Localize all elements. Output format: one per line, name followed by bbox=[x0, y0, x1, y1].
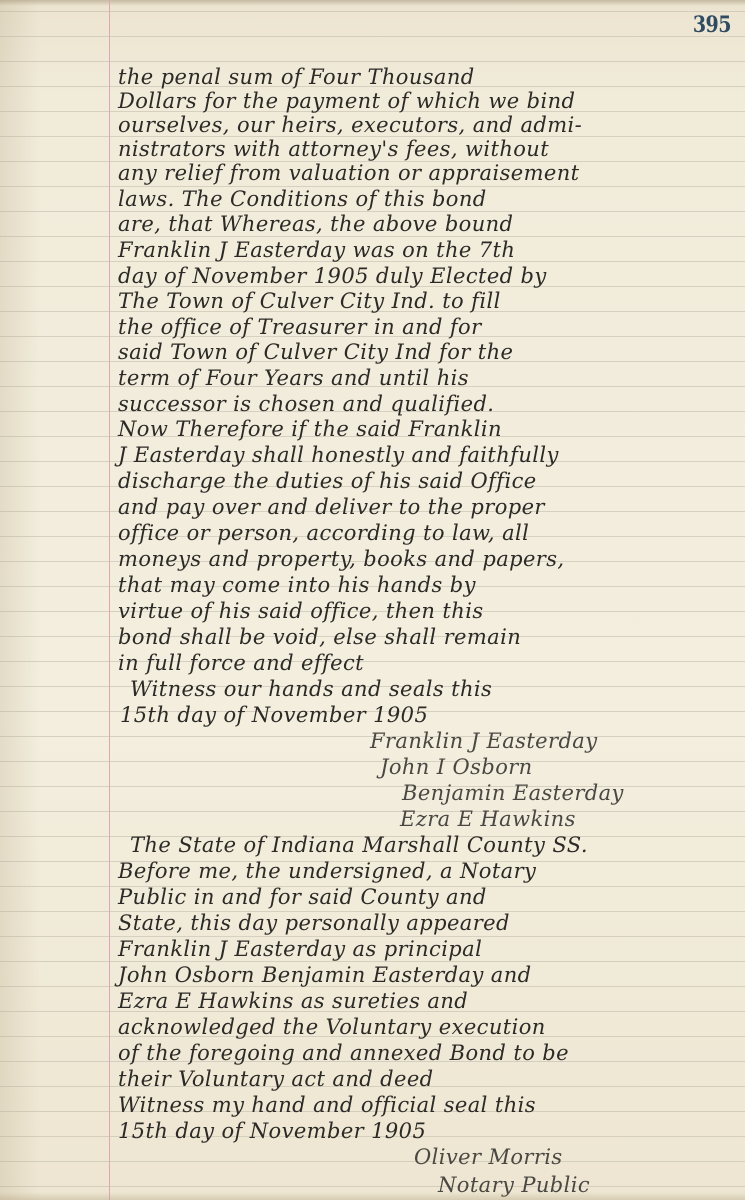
text-line: ourselves, our heirs, executors, and adm… bbox=[118, 112, 582, 138]
text-line: Witness my hand and official seal this bbox=[118, 1092, 536, 1118]
notary-signature: Oliver Morris bbox=[414, 1144, 563, 1170]
page-number: 395 bbox=[693, 12, 731, 38]
text-line: Franklin J Easterday was on the 7th bbox=[118, 237, 515, 263]
text-line: day of November 1905 duly Elected by bbox=[118, 263, 547, 289]
text-line: of the foregoing and annexed Bond to be bbox=[118, 1040, 569, 1066]
text-line: Witness our hands and seals this bbox=[130, 676, 492, 702]
signature-surety: John I Osborn bbox=[380, 754, 533, 780]
text-line: virtue of his said office, then this bbox=[118, 598, 484, 624]
text-line: Dollars for the payment of which we bind bbox=[118, 88, 575, 114]
text-line: Franklin J Easterday as principal bbox=[118, 936, 482, 962]
text-line: moneys and property, books and papers, bbox=[118, 546, 564, 572]
text-line: Now Therefore if the said Franklin bbox=[118, 416, 502, 442]
text-line: successor is chosen and qualified. bbox=[118, 391, 494, 417]
text-line: are, that Whereas, the above bound bbox=[118, 211, 513, 237]
signature-principal: Franklin J Easterday bbox=[370, 728, 597, 754]
text-line: in full force and effect bbox=[118, 650, 364, 676]
page-bottom-edge bbox=[0, 1192, 745, 1200]
ledger-page: 395 the penal sum of Four Thousand Dolla… bbox=[0, 0, 745, 1200]
text-line: 15th day of November 1905 bbox=[120, 702, 428, 728]
text-line: acknowledged the Voluntary execution bbox=[118, 1014, 546, 1040]
text-line: bond shall be void, else shall remain bbox=[118, 624, 521, 650]
text-line: term of Four Years and until his bbox=[118, 365, 469, 391]
text-line: any relief from valuation or appraisemen… bbox=[118, 160, 580, 186]
page-top-shadow bbox=[0, 0, 745, 6]
text-line: and pay over and deliver to the proper bbox=[118, 494, 545, 520]
text-line: the office of Treasurer in and for bbox=[118, 314, 482, 340]
text-line: Public in and for said County and bbox=[118, 884, 487, 910]
signature-surety: Benjamin Easterday bbox=[402, 780, 624, 806]
text-line: State, this day personally appeared bbox=[118, 910, 510, 936]
text-line: The State of Indiana Marshall County SS. bbox=[130, 832, 588, 858]
text-line: discharge the duties of his said Office bbox=[118, 468, 537, 494]
text-line: John Osborn Benjamin Easterday and bbox=[118, 962, 531, 988]
text-line: said Town of Culver City Ind for the bbox=[118, 339, 513, 365]
text-line: laws. The Conditions of this bond bbox=[118, 186, 487, 212]
text-line: office or person, according to law, all bbox=[118, 520, 529, 546]
margin-rule bbox=[109, 0, 110, 1200]
text-line: 15th day of November 1905 bbox=[118, 1118, 426, 1144]
signature-surety: Ezra E Hawkins bbox=[400, 806, 576, 832]
text-line: the penal sum of Four Thousand bbox=[118, 64, 475, 90]
text-line: their Voluntary act and deed bbox=[118, 1066, 434, 1092]
text-line: Before me, the undersigned, a Notary bbox=[118, 858, 536, 884]
text-line: The Town of Culver City Ind. to fill bbox=[118, 288, 501, 314]
text-line: J Easterday shall honestly and faithfull… bbox=[118, 442, 559, 468]
text-line: that may come into his hands by bbox=[118, 572, 476, 598]
text-line: Ezra E Hawkins as sureties and bbox=[118, 988, 468, 1014]
text-line: nistrators with attorney's fees, without bbox=[118, 136, 549, 162]
